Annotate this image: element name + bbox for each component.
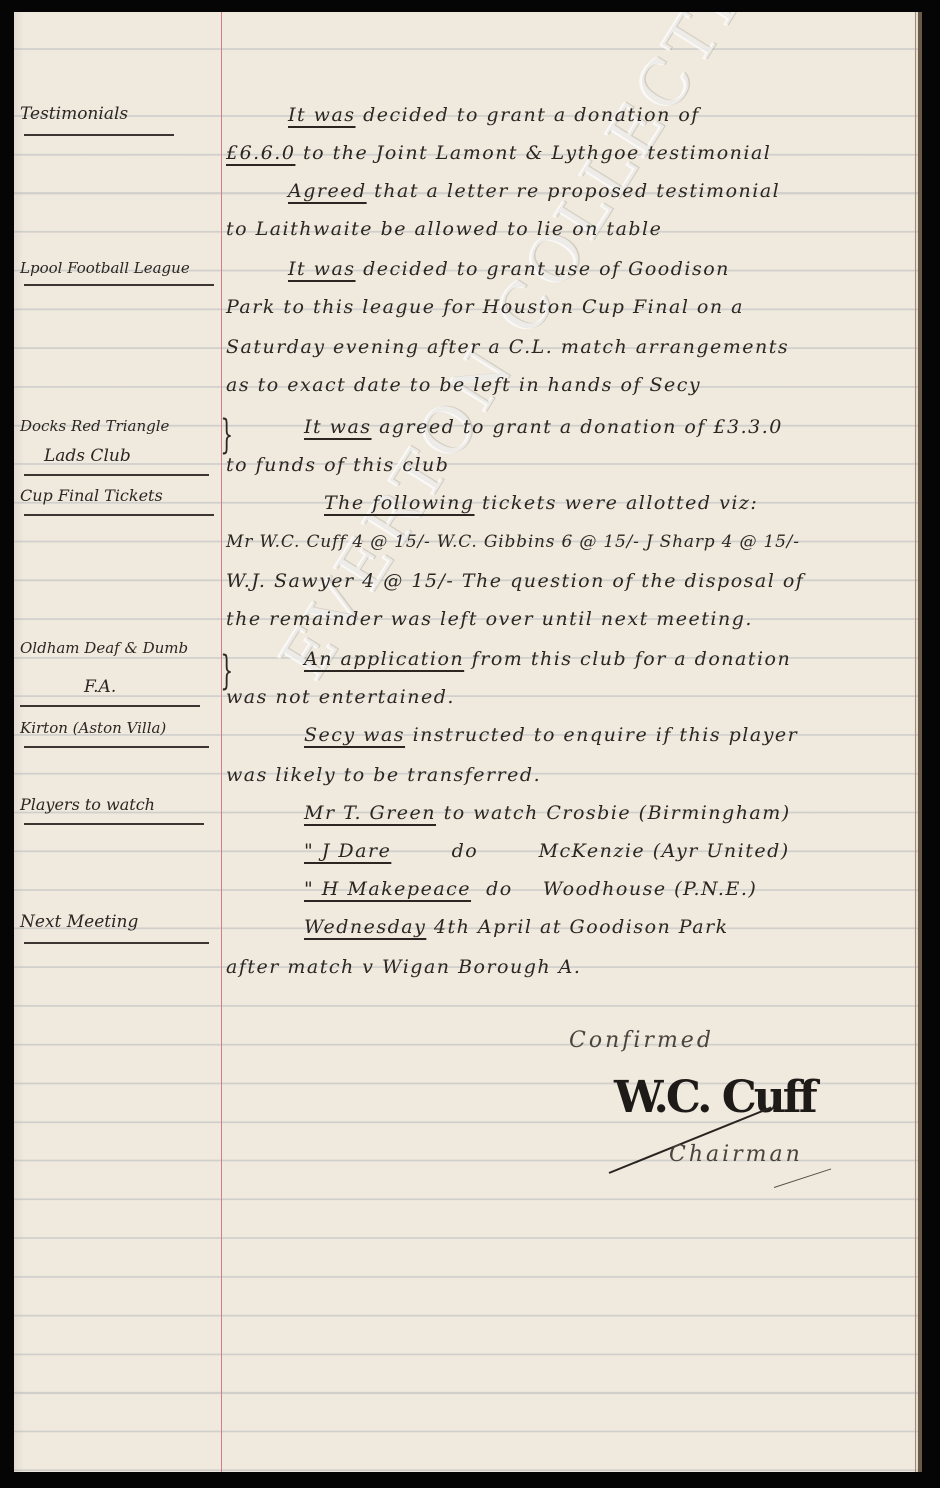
margin-heading-oldham-deaf-dumb: Oldham Deaf & Dumb [20, 638, 188, 658]
margin-heading-kirton-aston-villa: Kirton (Aston Villa) [20, 718, 166, 738]
red-margin-line [221, 12, 222, 1472]
minute-line: Agreed that a letter re proposed testimo… [288, 180, 780, 202]
margin-heading-next-meeting: Next Meeting [20, 912, 138, 932]
minute-line: after match v Wigan Borough A. [226, 956, 581, 978]
minute-line: Wednesday 4th April at Goodison Park [304, 916, 729, 938]
ledger-page: EVERTON COLLECTION CHARITABLE TRUST Test… [14, 12, 922, 1472]
minute-line: It was agreed to grant a donation of £3.… [304, 416, 783, 438]
page-edge-inner [915, 12, 916, 1472]
minute-line: It was decided to grant a donation of [288, 104, 700, 126]
minute-line: was not entertained. [226, 686, 455, 708]
minute-line: Saturday evening after a C.L. match arra… [226, 336, 789, 358]
confirmed-label: Confirmed [569, 1028, 714, 1053]
minute-line: Park to this league for Houston Cup Fina… [226, 296, 744, 318]
margin-heading-fa: F.A. [84, 677, 116, 697]
minute-line: as to exact date to be left in hands of … [226, 374, 701, 396]
minute-line: was likely to be transferred. [226, 764, 541, 786]
margin-heading-docks-red-triangle: Docks Red Triangle [20, 416, 169, 436]
minute-line: £6.6.0 to the Joint Lamont & Lythgoe tes… [226, 142, 771, 164]
minute-line: to funds of this club [226, 454, 449, 476]
minute-line: " H Makepeace do Woodhouse (P.N.E.) [304, 878, 757, 900]
minute-line: W.J. Sawyer 4 @ 15/- The question of the… [226, 570, 804, 592]
margin-heading-testimonials: Testimonials [20, 104, 128, 124]
margin-heading-players-to-watch: Players to watch [20, 795, 155, 815]
minute-line: An application from this club for a dona… [304, 648, 791, 670]
margin-heading-cup-final-tickets: Cup Final Tickets [20, 486, 163, 506]
margin-heading-lads-club: Lads Club [44, 446, 131, 466]
brace: } [220, 412, 233, 458]
minute-line: It was decided to grant use of Goodison [288, 258, 730, 280]
chairman-title: Chairman [669, 1142, 803, 1167]
minute-line: " J Dare do McKenzie (Ayr United) [304, 840, 790, 862]
minute-line: Mr W.C. Cuff 4 @ 15/- W.C. Gibbins 6 @ 1… [226, 532, 800, 552]
minute-line: Secy was instructed to enquire if this p… [304, 724, 798, 746]
minute-line: the remainder was left over until next m… [226, 608, 753, 630]
page-edge [918, 12, 922, 1472]
margin-heading-lpool-football-league: Lpool Football League [20, 258, 190, 278]
chairman-signature: W.C. Cuff [614, 1072, 815, 1123]
minute-line: to Laithwaite be allowed to lie on table [226, 218, 662, 240]
minute-line: The following tickets were allotted viz: [324, 492, 758, 514]
minute-line: Mr T. Green to watch Crosbie (Birmingham… [304, 802, 791, 824]
